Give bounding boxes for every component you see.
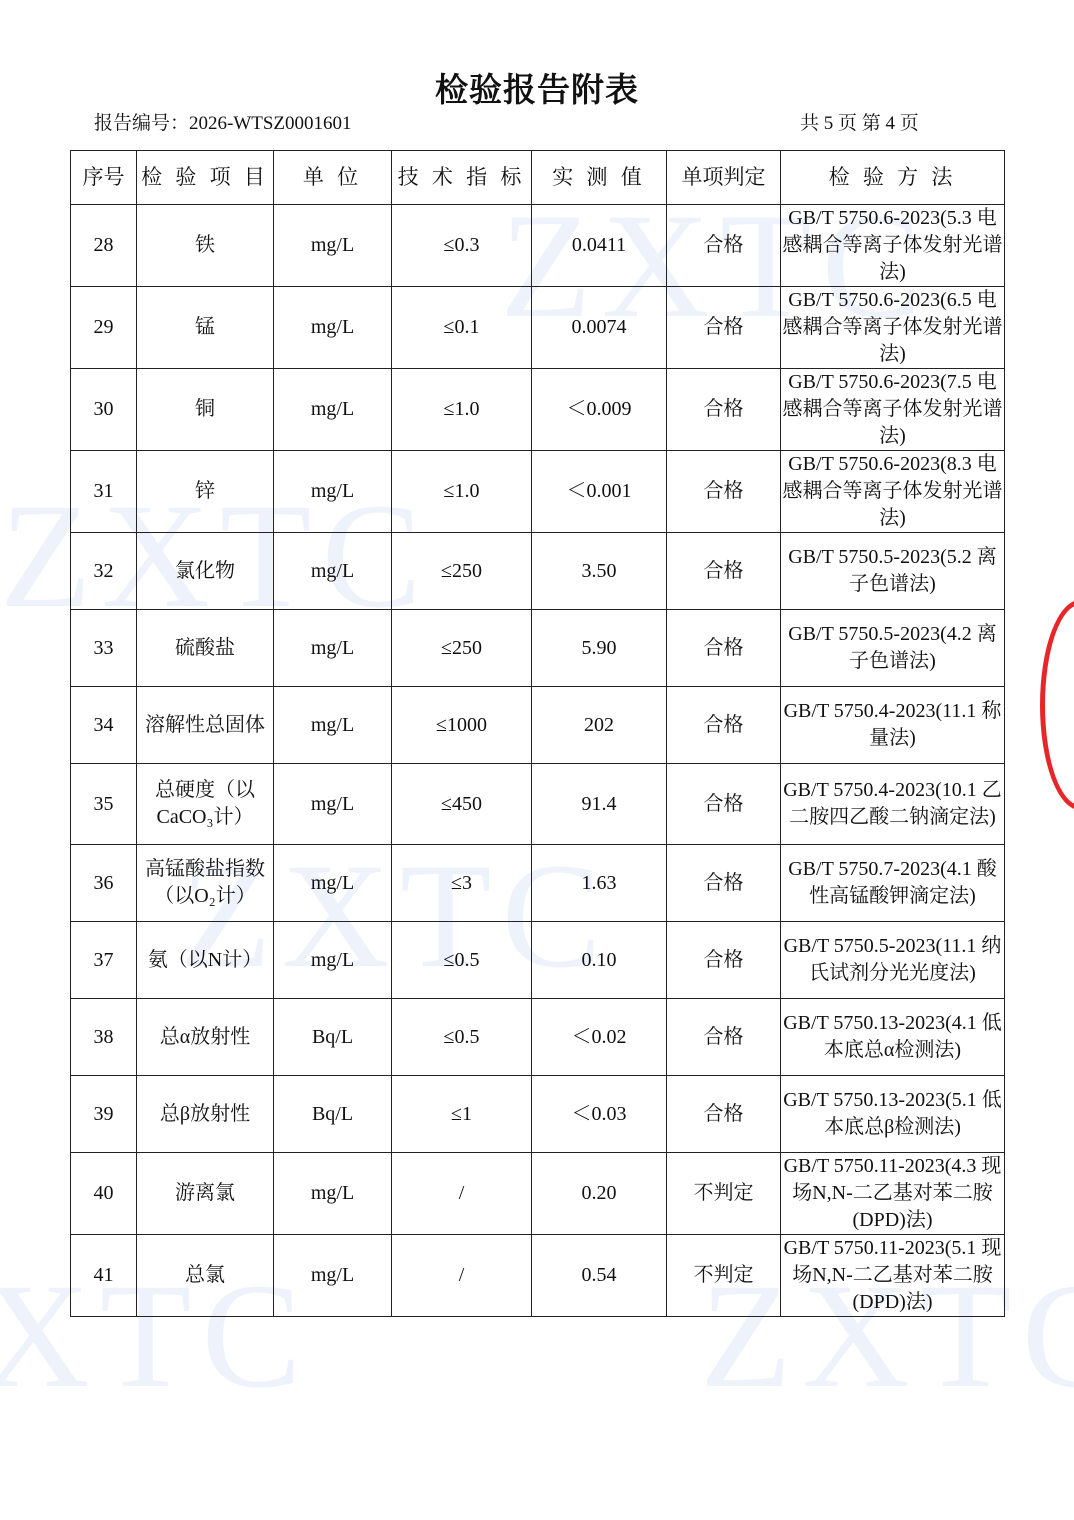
cell-method: GB/T 5750.7-2023(4.1 酸性高锰酸钾滴定法) (781, 845, 1005, 922)
cell-limit: ≤0.3 (392, 205, 532, 287)
cell-no: 40 (71, 1153, 137, 1235)
cell-limit: ≤450 (392, 764, 532, 845)
cell-unit: mg/L (274, 369, 392, 451)
cell-method: GB/T 5750.5-2023(4.2 离子色谱法) (781, 610, 1005, 687)
cell-item: 锰 (137, 287, 274, 369)
table-row: 40游离氯mg/L/0.20不判定GB/T 5750.11-2023(4.3 现… (71, 1153, 1005, 1235)
table-row: 37氨（以N计）mg/L≤0.50.10合格GB/T 5750.5-2023(1… (71, 922, 1005, 999)
cell-no: 36 (71, 845, 137, 922)
cell-method: GB/T 5750.5-2023(5.2 离子色谱法) (781, 533, 1005, 610)
cell-no: 33 (71, 610, 137, 687)
cell-item: 氨（以N计） (137, 922, 274, 999)
cell-value: ＜0.009 (532, 369, 667, 451)
table-row: 34溶解性总固体mg/L≤1000202合格GB/T 5750.4-2023(1… (71, 687, 1005, 764)
table-row: 32氯化物mg/L≤2503.50合格GB/T 5750.5-2023(5.2 … (71, 533, 1005, 610)
cell-value: ＜0.001 (532, 451, 667, 533)
cell-no: 29 (71, 287, 137, 369)
cell-no: 39 (71, 1076, 137, 1153)
cell-unit: mg/L (274, 533, 392, 610)
cell-method: GB/T 5750.6-2023(6.5 电感耦合等离子体发射光谱法) (781, 287, 1005, 369)
header-item: 检 验 项 目 (137, 151, 274, 205)
document-title: 检验报告附表 (0, 64, 1074, 111)
cell-method: GB/T 5750.11-2023(4.3 现场N,N-二乙基对苯二胺(DPD)… (781, 1153, 1005, 1235)
table-row: 39总β放射性Bq/L≤1＜0.03合格GB/T 5750.13-2023(5.… (71, 1076, 1005, 1153)
cell-value: 3.50 (532, 533, 667, 610)
cell-judgement: 合格 (667, 999, 781, 1076)
cell-item: 高锰酸盐指数（以O₂计） (137, 845, 274, 922)
cell-item: 硫酸盐 (137, 610, 274, 687)
cell-item: 总硬度（以CaCO₃计） (137, 764, 274, 845)
cell-value: 1.63 (532, 845, 667, 922)
cell-value: 0.0074 (532, 287, 667, 369)
cell-item: 总α放射性 (137, 999, 274, 1076)
cell-judgement: 合格 (667, 687, 781, 764)
cell-judgement: 合格 (667, 1076, 781, 1153)
cell-unit: mg/L (274, 845, 392, 922)
header-value: 实 测 值 (532, 151, 667, 205)
cell-value: 0.0411 (532, 205, 667, 287)
report-number: 报告编号：2026-WTSZ0001601 (94, 108, 352, 135)
table-row: 29锰mg/L≤0.10.0074合格GB/T 5750.6-2023(6.5 … (71, 287, 1005, 369)
cell-method: GB/T 5750.6-2023(7.5 电感耦合等离子体发射光谱法) (781, 369, 1005, 451)
cell-value: 0.10 (532, 922, 667, 999)
cell-no: 37 (71, 922, 137, 999)
cell-method: GB/T 5750.11-2023(5.1 现场N,N-二乙基对苯二胺(DPD)… (781, 1235, 1005, 1317)
cell-unit: Bq/L (274, 1076, 392, 1153)
cell-limit: ≤0.5 (392, 999, 532, 1076)
cell-limit: ≤1.0 (392, 369, 532, 451)
cell-no: 38 (71, 999, 137, 1076)
table-row: 33硫酸盐mg/L≤2505.90合格GB/T 5750.5-2023(4.2 … (71, 610, 1005, 687)
cell-unit: mg/L (274, 451, 392, 533)
cell-unit: mg/L (274, 1235, 392, 1317)
cell-unit: mg/L (274, 922, 392, 999)
cell-judgement: 合格 (667, 451, 781, 533)
cell-unit: mg/L (274, 687, 392, 764)
cell-judgement: 合格 (667, 845, 781, 922)
table-row: 35总硬度（以CaCO₃计）mg/L≤45091.4合格GB/T 5750.4-… (71, 764, 1005, 845)
cell-no: 28 (71, 205, 137, 287)
cell-value: ＜0.02 (532, 999, 667, 1076)
cell-item: 总氯 (137, 1235, 274, 1317)
cell-judgement: 合格 (667, 922, 781, 999)
page-info: 共 5 页 第 4 页 (800, 108, 919, 135)
cell-method: GB/T 5750.6-2023(8.3 电感耦合等离子体发射光谱法) (781, 451, 1005, 533)
cell-value: 91.4 (532, 764, 667, 845)
cell-limit: / (392, 1235, 532, 1317)
cell-item: 铁 (137, 205, 274, 287)
cell-item: 总β放射性 (137, 1076, 274, 1153)
cell-item: 锌 (137, 451, 274, 533)
cell-judgement: 合格 (667, 369, 781, 451)
cell-unit: mg/L (274, 610, 392, 687)
cell-unit: Bq/L (274, 999, 392, 1076)
header-no: 序号 (71, 151, 137, 205)
cell-method: GB/T 5750.5-2023(11.1 纳氏试剂分光光度法) (781, 922, 1005, 999)
cell-unit: mg/L (274, 1153, 392, 1235)
table-row: 30铜mg/L≤1.0＜0.009合格GB/T 5750.6-2023(7.5 … (71, 369, 1005, 451)
cell-no: 32 (71, 533, 137, 610)
cell-no: 34 (71, 687, 137, 764)
cell-item: 溶解性总固体 (137, 687, 274, 764)
cell-judgement: 不判定 (667, 1153, 781, 1235)
cell-judgement: 不判定 (667, 1235, 781, 1317)
cell-limit: ≤0.1 (392, 287, 532, 369)
header-limit: 技 术 指 标 (392, 151, 532, 205)
table-row: 36高锰酸盐指数（以O₂计）mg/L≤31.63合格GB/T 5750.7-20… (71, 845, 1005, 922)
cell-limit: / (392, 1153, 532, 1235)
table-row: 31锌mg/L≤1.0＜0.001合格GB/T 5750.6-2023(8.3 … (71, 451, 1005, 533)
cell-item: 氯化物 (137, 533, 274, 610)
cell-method: GB/T 5750.6-2023(5.3 电感耦合等离子体发射光谱法) (781, 205, 1005, 287)
cell-judgement: 合格 (667, 764, 781, 845)
cell-method: GB/T 5750.13-2023(4.1 低本底总α检测法) (781, 999, 1005, 1076)
cell-limit: ≤250 (392, 533, 532, 610)
cell-value: 0.20 (532, 1153, 667, 1235)
results-table: 序号 检 验 项 目 单 位 技 术 指 标 实 测 值 单项判定 检 验 方 … (70, 150, 1005, 1317)
cell-value: 0.54 (532, 1235, 667, 1317)
table-row: 41总氯mg/L/0.54不判定GB/T 5750.11-2023(5.1 现场… (71, 1235, 1005, 1317)
cell-limit: ≤250 (392, 610, 532, 687)
table-row: 28铁mg/L≤0.30.0411合格GB/T 5750.6-2023(5.3 … (71, 205, 1005, 287)
cell-unit: mg/L (274, 205, 392, 287)
cell-limit: ≤1 (392, 1076, 532, 1153)
header-unit: 单 位 (274, 151, 392, 205)
cell-method: GB/T 5750.4-2023(10.1 乙二胺四乙酸二钠滴定法) (781, 764, 1005, 845)
cell-method: GB/T 5750.4-2023(11.1 称量法) (781, 687, 1005, 764)
cell-item: 游离氯 (137, 1153, 274, 1235)
header-method: 检 验 方 法 (781, 151, 1005, 205)
cell-limit: ≤0.5 (392, 922, 532, 999)
cell-method: GB/T 5750.13-2023(5.1 低本底总β检测法) (781, 1076, 1005, 1153)
cell-no: 30 (71, 369, 137, 451)
cell-item: 铜 (137, 369, 274, 451)
cell-value: ＜0.03 (532, 1076, 667, 1153)
official-stamp: 检验检测专用章 (1040, 600, 1074, 810)
cell-judgement: 合格 (667, 287, 781, 369)
header-judgement: 单项判定 (667, 151, 781, 205)
table-row: 38总α放射性Bq/L≤0.5＜0.02合格GB/T 5750.13-2023(… (71, 999, 1005, 1076)
cell-limit: ≤1.0 (392, 451, 532, 533)
cell-unit: mg/L (274, 287, 392, 369)
cell-no: 31 (71, 451, 137, 533)
cell-judgement: 合格 (667, 610, 781, 687)
cell-limit: ≤1000 (392, 687, 532, 764)
cell-judgement: 合格 (667, 533, 781, 610)
cell-value: 202 (532, 687, 667, 764)
cell-limit: ≤3 (392, 845, 532, 922)
cell-unit: mg/L (274, 764, 392, 845)
cell-value: 5.90 (532, 610, 667, 687)
cell-no: 35 (71, 764, 137, 845)
table-header-row: 序号 检 验 项 目 单 位 技 术 指 标 实 测 值 单项判定 检 验 方 … (71, 151, 1005, 205)
cell-judgement: 合格 (667, 205, 781, 287)
cell-no: 41 (71, 1235, 137, 1317)
